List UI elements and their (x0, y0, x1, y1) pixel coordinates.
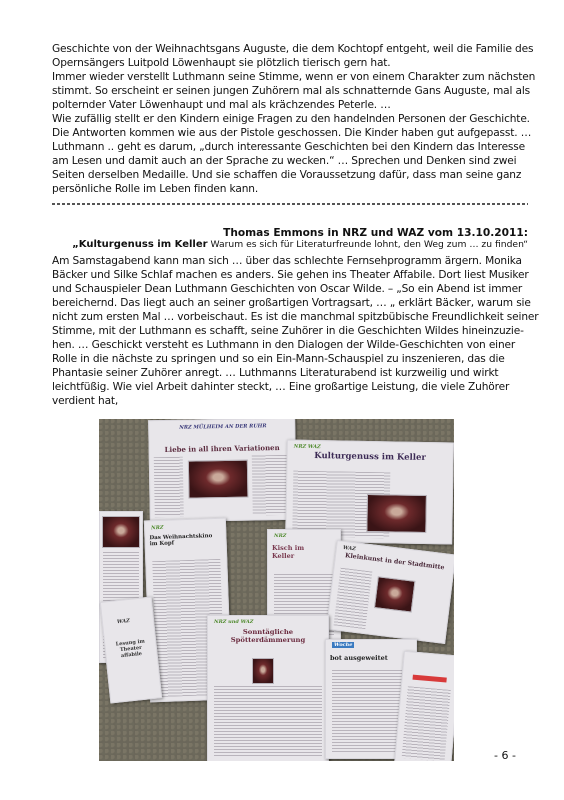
text-line: Am Samstagabend kann man sich … über das… (52, 254, 528, 268)
text-line: persönliche Rolle im Leben finden kann. (52, 182, 528, 196)
headline-title: „Kulturgenuss im Keller (72, 239, 207, 250)
text-line: und Schauspieler Dean Luthmann Geschicht… (52, 282, 528, 296)
clipping-headline: Kulturgenuss im Keller (292, 451, 449, 464)
clipping-headline: bot ausgeweitet (330, 654, 412, 662)
text-line: Opernsängers Luitpold Löwenhaupt sie plö… (52, 56, 528, 70)
dashed-divider (52, 203, 528, 205)
clipping-headline: Lesung im Theater affabile (109, 638, 153, 660)
document-page: Geschichte von der Weihnachtsgans August… (0, 0, 564, 800)
headline-subtitle: Warum es sich für Literaturfreunde lohnt… (208, 239, 528, 250)
clipping-masthead: NRZ und WAZ (214, 619, 253, 625)
text-line: verdient hat, (52, 394, 528, 408)
page-number: - 6 - (494, 749, 516, 762)
text-line: Bäcker und Silke Schlaf machen es anders… (52, 268, 528, 282)
clipping-masthead: Woche (332, 642, 354, 648)
article-1-continuation: Geschichte von der Weihnachtsgans August… (52, 42, 528, 196)
text-line: Rolle in die nächste zu springen und so … (52, 352, 528, 366)
clipping-masthead: NRZ (151, 525, 164, 531)
clipping-masthead: WAZ (117, 618, 130, 625)
text-line: bereichernd. Das liegt auch an seiner gr… (52, 296, 528, 310)
clipping-photo (252, 658, 274, 684)
text-line: am Lesen und damit auch an der Sprache z… (52, 154, 528, 168)
clipping-liebe: NRZ MÜLHEIM AN DER RUHR Liebe in all ihr… (148, 419, 297, 522)
newspaper-clippings-collage-photo: NRZ MÜLHEIM AN DER RUHR Liebe in all ihr… (99, 419, 454, 761)
text-line: stimmt. So erscheint er seinen jungen Zu… (52, 84, 528, 98)
clipping-photo (102, 516, 140, 548)
text-line: hen. … Geschickt versteht es Luthmann in… (52, 338, 528, 352)
text-line: Immer wieder verstellt Luthmann seine St… (52, 70, 528, 84)
article-byline: Thomas Emmons in NRZ und WAZ vom 13.10.2… (223, 226, 528, 240)
clipping-photo (188, 460, 249, 499)
clipping-masthead: NRZ MÜLHEIM AN DER RUHR (179, 423, 266, 431)
text-line: Stimme, mit der Luthmann es schafft, sei… (52, 324, 528, 338)
text-line: Seiten derselben Medaille. Und sie schaf… (52, 168, 528, 182)
clipping-headline: Das Weihnachtskino im Kopf (149, 533, 221, 548)
clipping-kleinkunst: WAZ Kleinkunst in der Stadtmitte (326, 540, 454, 644)
red-label (413, 675, 447, 683)
clipping-waz-right (394, 651, 454, 761)
clipping-photo (366, 494, 427, 533)
clipping-headline: Sonntägliche Spötterdämmerung (212, 628, 324, 644)
text-line: Phantasie seiner Zuhörer anregt. … Luthm… (52, 366, 528, 380)
article-headline: „Kulturgenuss im Keller Warum es sich fü… (72, 239, 528, 251)
clipping-lesung: WAZ Lesung im Theater affabile (100, 597, 162, 704)
clipping-headline: Kisch im Keller (272, 544, 312, 560)
text-line: nicht zum ersten Mal … vorbeischaut. Es … (52, 310, 528, 324)
clipping-photo (374, 576, 416, 612)
text-line: Geschichte von der Weihnachtsgans August… (52, 42, 528, 56)
article-2-body: Am Samstagabend kann man sich … über das… (52, 254, 528, 408)
clipping-spoetterdaemmerung: NRZ und WAZ Sonntägliche Spötterdämmerun… (207, 615, 329, 761)
clipping-masthead: NRZ WAZ (294, 444, 321, 450)
clipping-headline: Liebe in all ihren Variationen (154, 443, 291, 454)
text-line: polternder Vater Löwenhaupt und mal als … (52, 98, 528, 112)
text-line: Luthmann .. geht es darum, „durch intere… (52, 140, 528, 154)
text-line: Die Antworten kommen wie aus der Pistole… (52, 126, 528, 140)
text-line: leichtfüßig. Wie viel Arbeit dahinter st… (52, 380, 528, 394)
clipping-masthead: NRZ (274, 533, 286, 539)
text-line: Wie zufällig stellt er den Kindern einig… (52, 112, 528, 126)
